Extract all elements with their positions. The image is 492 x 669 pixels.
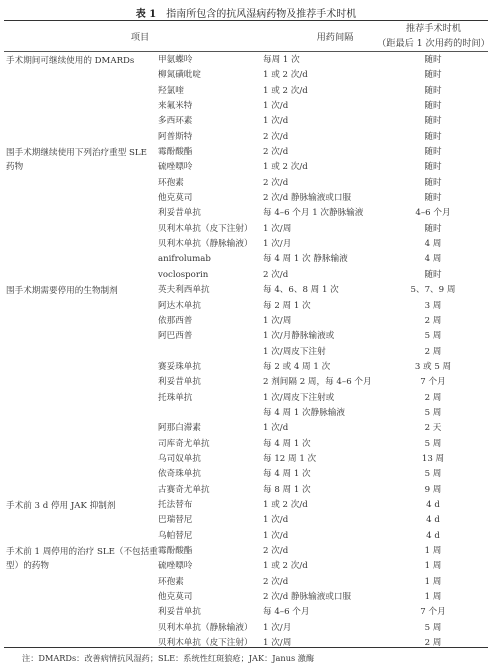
drug-cell: 霉酚酸酯 <box>158 544 192 559</box>
drug-cell: 阿那白滞素 <box>158 421 201 436</box>
timing-cell: 随时 <box>390 176 476 191</box>
drug-cell: 乌司奴单抗 <box>158 452 201 467</box>
interval-cell: 每 4 周 1 次静脉输液 <box>263 406 345 421</box>
timing-cell: 7 个月 <box>390 375 476 390</box>
table-row: 赛妥珠单抗每 2 或 4 周 1 次3 或 5 周 <box>0 360 492 375</box>
interval-cell: 2 剂间隔 2 周，每 4–6 个月 <box>263 375 372 390</box>
drug-cell: 贝利木单抗（静脉输液） <box>158 237 253 252</box>
timing-cell: 3 或 5 周 <box>390 360 476 375</box>
timing-cell: 5 周 <box>390 329 476 344</box>
drug-cell: 赛妥珠单抗 <box>158 360 201 375</box>
timing-cell: 2 天 <box>390 421 476 436</box>
interval-cell: 2 次/d 静脉输液或口服 <box>263 590 351 605</box>
interval-cell: 1 次/月 <box>263 621 291 636</box>
timing-cell: 4 d <box>390 498 476 513</box>
drug-cell: 司库奇尤单抗 <box>158 437 210 452</box>
interval-cell: 1 次/周 <box>263 314 291 329</box>
interval-cell: 2 次/d <box>263 145 288 160</box>
table-title: 指南所包含的抗风湿病药物及推荐手术时机 <box>166 9 356 20</box>
interval-cell: 1 或 2 次/d <box>263 559 308 574</box>
drug-cell: 柳氮磺吡啶 <box>158 68 201 83</box>
interval-cell: 1 次/月静脉输液或 <box>263 329 334 344</box>
interval-cell: 每周 1 次 <box>263 53 300 68</box>
header-timing-line1: 推荐手术时机 <box>375 21 492 36</box>
table-row: 羟氯喹1 或 2 次/d随时 <box>0 84 492 99</box>
table-row: anifrolumab每 4 周 1 次 静脉输液4 周 <box>0 252 492 267</box>
table-row: 硫唑嘌呤1 或 2 次/d1 周 <box>0 559 492 574</box>
table-row: 依那西普1 次/周2 周 <box>0 314 492 329</box>
interval-cell: 1 次/周 <box>263 636 291 651</box>
interval-cell: 1 次/d <box>263 114 288 129</box>
table-row: 阿普斯特2 次/d随时 <box>0 130 492 145</box>
interval-cell: 1 次/月 <box>263 237 291 252</box>
interval-cell: 每 2 周 1 次 <box>263 299 311 314</box>
drug-cell: 来氟米特 <box>158 99 192 114</box>
table-caption: 表 1指南所包含的抗风湿病药物及推荐手术时机 <box>0 5 492 20</box>
table-row: voclosporin2 次/d随时 <box>0 268 492 283</box>
interval-cell: 每 4 周 1 次 <box>263 437 311 452</box>
table-row: 乌司奴单抗每 12 周 1 次13 周 <box>0 452 492 467</box>
bottom-rule <box>4 647 488 648</box>
table-row: 司库奇尤单抗每 4 周 1 次5 周 <box>0 437 492 452</box>
table-row: 环孢素2 次/d1 周 <box>0 575 492 590</box>
header-item: 项目 <box>0 29 280 43</box>
timing-cell: 4 d <box>390 529 476 544</box>
interval-cell: 2 次/d <box>263 130 288 145</box>
table-row: 利妥昔单抗2 剂间隔 2 周，每 4–6 个月7 个月 <box>0 375 492 390</box>
table-number: 表 1 <box>136 9 156 20</box>
drug-cell: 贝利木单抗（皮下注射） <box>158 636 253 651</box>
drug-cell: 阿达木单抗 <box>158 299 201 314</box>
timing-cell: 5 周 <box>390 437 476 452</box>
interval-cell: 1 次/d <box>263 513 288 528</box>
interval-cell: 1 或 2 次/d <box>263 160 308 175</box>
drug-cell: 硫唑嘌呤 <box>158 559 192 574</box>
table-row: 围手术期需要停用的生物制剂英夫利西单抗每 4、6、8 周 1 次5、7、9 周 <box>0 283 492 298</box>
interval-cell: 1 次/周 <box>263 222 291 237</box>
table-row: 手术前 1 周停用的治疗 SLE（不包括重型）的药物霉酚酸酯2 次/d1 周 <box>0 544 492 559</box>
table-row: 1 次/周皮下注射2 周 <box>0 345 492 360</box>
interval-cell: 每 4–6 个月 1 次静脉输液 <box>263 206 363 221</box>
drug-cell: 硫唑嘌呤 <box>158 160 192 175</box>
drug-cell: 托珠单抗 <box>158 391 192 406</box>
interval-cell: 1 或 2 次/d <box>263 68 308 83</box>
interval-cell: 2 次/d <box>263 544 288 559</box>
timing-cell: 7 个月 <box>390 605 476 620</box>
drug-cell: 羟氯喹 <box>158 84 184 99</box>
table-row: 他克莫司2 次/d 静脉输液或口服随时 <box>0 191 492 206</box>
table-row: 阿巴西普1 次/月静脉输液或5 周 <box>0 329 492 344</box>
timing-cell: 1 周 <box>390 559 476 574</box>
timing-cell: 2 周 <box>390 391 476 406</box>
interval-cell: 每 4–6 个月 <box>263 605 309 620</box>
category-cell: 围手术期需要停用的生物制剂 <box>6 284 158 298</box>
drug-cell: 巴瑞替尼 <box>158 513 192 528</box>
timing-cell: 2 周 <box>390 345 476 360</box>
table-row: 贝利木单抗（静脉输液）1 次/月5 周 <box>0 621 492 636</box>
category-cell: 手术前 3 d 停用 JAK 抑制剂 <box>6 499 158 513</box>
interval-cell: 每 4 周 1 次 <box>263 467 311 482</box>
interval-cell: 1 次/周皮下注射或 <box>263 391 334 406</box>
table-body: 手术期间可继续使用的 DMARDs甲氨蝶呤每周 1 次随时柳氮磺吡啶1 或 2 … <box>0 53 492 651</box>
drug-cell: 依那西普 <box>158 314 192 329</box>
interval-cell: 每 2 或 4 周 1 次 <box>263 360 330 375</box>
table-row: 巴瑞替尼1 次/d4 d <box>0 513 492 528</box>
timing-cell: 4 周 <box>390 237 476 252</box>
drug-cell: 英夫利西单抗 <box>158 283 210 298</box>
timing-cell: 随时 <box>390 145 476 160</box>
table-row: 手术期间可继续使用的 DMARDs甲氨蝶呤每周 1 次随时 <box>0 53 492 68</box>
timing-cell: 4–6 个月 <box>390 206 476 221</box>
table-row: 贝利木单抗（皮下注射）1 次/周随时 <box>0 222 492 237</box>
interval-cell: 每 4 周 1 次 静脉输液 <box>263 252 348 267</box>
timing-cell: 5 周 <box>390 406 476 421</box>
table-row: 古赛奇尤单抗每 8 周 1 次9 周 <box>0 483 492 498</box>
drug-cell: 环孢素 <box>158 575 184 590</box>
table-row: 多西环素1 次/d随时 <box>0 114 492 129</box>
timing-cell: 5、7、9 周 <box>390 283 476 298</box>
header-timing: 推荐手术时机 （距最后 1 次用药的时间） <box>375 21 492 51</box>
timing-cell: 1 周 <box>390 575 476 590</box>
timing-cell: 2 周 <box>390 314 476 329</box>
drug-cell: 利妥昔单抗 <box>158 605 201 620</box>
header-timing-line2: （距最后 1 次用药的时间） <box>375 36 492 51</box>
drug-cell: 贝利木单抗（皮下注射） <box>158 222 253 237</box>
timing-cell: 9 周 <box>390 483 476 498</box>
interval-cell: 1 次/d <box>263 529 288 544</box>
table-row: 柳氮磺吡啶1 或 2 次/d随时 <box>0 68 492 83</box>
table-row: 托珠单抗1 次/周皮下注射或2 周 <box>0 391 492 406</box>
drug-cell: 阿普斯特 <box>158 130 192 145</box>
timing-cell: 1 周 <box>390 544 476 559</box>
timing-cell: 随时 <box>390 114 476 129</box>
table-row: 他克莫司2 次/d 静脉输液或口服1 周 <box>0 590 492 605</box>
drug-cell: 贝利木单抗（静脉输液） <box>158 621 253 636</box>
drug-cell: 古赛奇尤单抗 <box>158 483 210 498</box>
timing-cell: 1 周 <box>390 590 476 605</box>
timing-cell: 随时 <box>390 68 476 83</box>
timing-cell: 5 周 <box>390 467 476 482</box>
drug-cell: 托法替布 <box>158 498 192 513</box>
timing-cell: 4 周 <box>390 252 476 267</box>
drug-cell: 利妥昔单抗 <box>158 206 201 221</box>
drug-cell: 乌帕替尼 <box>158 529 192 544</box>
drug-cell: voclosporin <box>158 268 208 283</box>
table-row: 贝利木单抗（静脉输液）1 次/月4 周 <box>0 237 492 252</box>
drug-cell: anifrolumab <box>158 252 211 267</box>
header-rule <box>4 51 488 52</box>
table-note: 注：DMARDs：改善病情抗风湿药；SLE：系统性红斑狼疮；JAK：Janus … <box>22 653 314 664</box>
table-row: 围手术期继续使用下列治疗重型 SLE 药物霉酚酸酯2 次/d随时 <box>0 145 492 160</box>
interval-cell: 每 12 周 1 次 <box>263 452 316 467</box>
table-row: 阿达木单抗每 2 周 1 次3 周 <box>0 299 492 314</box>
drug-cell: 他克莫司 <box>158 191 192 206</box>
table-row: 来氟米特1 次/d随时 <box>0 99 492 114</box>
timing-cell: 13 周 <box>390 452 476 467</box>
table-row: 环孢素2 次/d随时 <box>0 176 492 191</box>
drug-cell: 依奇珠单抗 <box>158 467 201 482</box>
interval-cell: 1 次/d <box>263 421 288 436</box>
timing-cell: 随时 <box>390 268 476 283</box>
drug-cell: 霉酚酸酯 <box>158 145 192 160</box>
table-row: 手术前 3 d 停用 JAK 抑制剂托法替布1 或 2 次/d4 d <box>0 498 492 513</box>
drug-cell: 甲氨蝶呤 <box>158 53 192 68</box>
interval-cell: 2 次/d <box>263 268 288 283</box>
table-row: 利妥昔单抗每 4–6 个月 1 次静脉输液4–6 个月 <box>0 206 492 221</box>
table-row: 阿那白滞素1 次/d2 天 <box>0 421 492 436</box>
timing-cell: 随时 <box>390 99 476 114</box>
interval-cell: 1 或 2 次/d <box>263 498 308 513</box>
timing-cell: 随时 <box>390 84 476 99</box>
table-row: 乌帕替尼1 次/d4 d <box>0 529 492 544</box>
table-row: 硫唑嘌呤1 或 2 次/d随时 <box>0 160 492 175</box>
interval-cell: 1 次/周皮下注射 <box>263 345 326 360</box>
category-cell: 手术期间可继续使用的 DMARDs <box>6 54 158 68</box>
interval-cell: 1 次/d <box>263 99 288 114</box>
timing-cell: 随时 <box>390 53 476 68</box>
timing-cell: 2 周 <box>390 636 476 651</box>
timing-cell: 随时 <box>390 130 476 145</box>
table-row: 贝利木单抗（皮下注射）1 次/周2 周 <box>0 636 492 651</box>
interval-cell: 1 或 2 次/d <box>263 84 308 99</box>
drug-cell: 他克莫司 <box>158 590 192 605</box>
table-row: 利妥昔单抗每 4–6 个月7 个月 <box>0 605 492 620</box>
table-row: 每 4 周 1 次静脉输液5 周 <box>0 406 492 421</box>
interval-cell: 2 次/d <box>263 575 288 590</box>
drug-cell: 多西环素 <box>158 114 192 129</box>
timing-cell: 5 周 <box>390 621 476 636</box>
timing-cell: 3 周 <box>390 299 476 314</box>
drug-cell: 利妥昔单抗 <box>158 375 201 390</box>
drug-cell: 环孢素 <box>158 176 184 191</box>
interval-cell: 每 8 周 1 次 <box>263 483 311 498</box>
interval-cell: 2 次/d 静脉输液或口服 <box>263 191 351 206</box>
interval-cell: 每 4、6、8 周 1 次 <box>263 283 339 298</box>
timing-cell: 4 d <box>390 513 476 528</box>
table-row: 依奇珠单抗每 4 周 1 次5 周 <box>0 467 492 482</box>
interval-cell: 2 次/d <box>263 176 288 191</box>
timing-cell: 随时 <box>390 222 476 237</box>
drug-cell: 阿巴西普 <box>158 329 192 344</box>
timing-cell: 随时 <box>390 160 476 175</box>
timing-cell: 随时 <box>390 191 476 206</box>
